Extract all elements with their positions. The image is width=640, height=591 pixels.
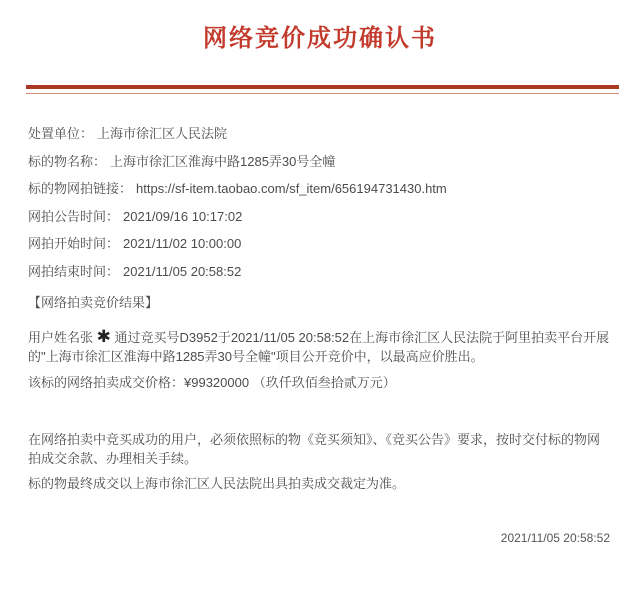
field-label: 标的物网拍链接： xyxy=(28,181,132,196)
info-line-disposal-unit: 处置单位：上海市徐汇区人民法院 xyxy=(28,127,612,141)
document-body: 处置单位：上海市徐汇区人民法院 标的物名称：上海市徐汇区淮海中路1285弄30号… xyxy=(0,127,640,545)
field-label: 网拍结束时间： xyxy=(28,264,119,279)
info-line-end-time: 网拍结束时间：2021/11/05 20:58:52 xyxy=(28,265,612,279)
field-label: 网拍开始时间： xyxy=(28,236,119,251)
masked-name-char: ✱ xyxy=(97,327,111,346)
info-line-announce-time: 网拍公告时间：2021/09/16 10:17:02 xyxy=(28,210,612,224)
winner-name-prefix: 用户姓名张 xyxy=(28,330,93,345)
field-label: 标的物名称： xyxy=(28,154,106,169)
price-value: ¥99320000 xyxy=(184,375,249,390)
confirmation-document: 网络竞价成功确认书 处置单位：上海市徐汇区人民法院 标的物名称：上海市徐汇区淮海… xyxy=(0,0,640,591)
info-line-subject-name: 标的物名称：上海市徐汇区淮海中路1285弄30号全幢 xyxy=(28,155,612,169)
field-value: 上海市徐汇区人民法院 xyxy=(97,126,227,141)
info-line-auction-url: 标的物网拍链接：https://sf-item.taobao.com/sf_it… xyxy=(28,182,612,196)
field-value: 2021/09/16 10:17:02 xyxy=(123,209,242,224)
divider-thin-line xyxy=(26,93,619,94)
field-value: 2021/11/05 20:58:52 xyxy=(123,264,241,279)
info-line-start-time: 网拍开始时间：2021/11/02 10:00:00 xyxy=(28,237,612,251)
divider xyxy=(26,85,619,94)
info-section: 处置单位：上海市徐汇区人民法院 标的物名称：上海市徐汇区淮海中路1285弄30号… xyxy=(28,127,612,279)
auction-url-text: https://sf-item.taobao.com/sf_item/65619… xyxy=(136,181,447,196)
final-ruling-note: 标的物最终成交以上海市徐汇区人民法院出具拍卖成交裁定为准。 xyxy=(28,474,612,493)
result-section-header: 【网络拍卖竞价结果】 xyxy=(28,296,612,310)
price-in-words: （玖仟玖佰叁拾贰万元） xyxy=(253,375,396,390)
page-title: 网络竞价成功确认书 xyxy=(0,0,640,52)
field-label: 处置单位： xyxy=(28,126,93,141)
footer-timestamp: 2021/11/05 20:58:52 xyxy=(28,531,610,545)
payment-obligation-note: 在网络拍卖中竞买成功的用户，必须依照标的物《竞买须知》、《竞买公告》要求，按时交… xyxy=(28,430,612,468)
winner-paragraph: 用户姓名张 ✱ 通过竞买号D3952于2021/11/05 20:58:52在上… xyxy=(28,327,612,366)
field-value: 2021/11/02 10:00:00 xyxy=(123,236,241,251)
field-label: 网拍公告时间： xyxy=(28,209,119,224)
winner-detail-text: 通过竞买号D3952于2021/11/05 20:58:52在上海市徐汇区人民法… xyxy=(28,330,609,364)
field-value: 上海市徐汇区淮海中路1285弄30号全幢 xyxy=(110,154,335,169)
divider-thick-line xyxy=(26,85,619,89)
price-line: 该标的网络拍卖成交价格：¥99320000 （玖仟玖佰叁拾贰万元） xyxy=(28,373,612,392)
price-label: 该标的网络拍卖成交价格： xyxy=(28,375,184,390)
